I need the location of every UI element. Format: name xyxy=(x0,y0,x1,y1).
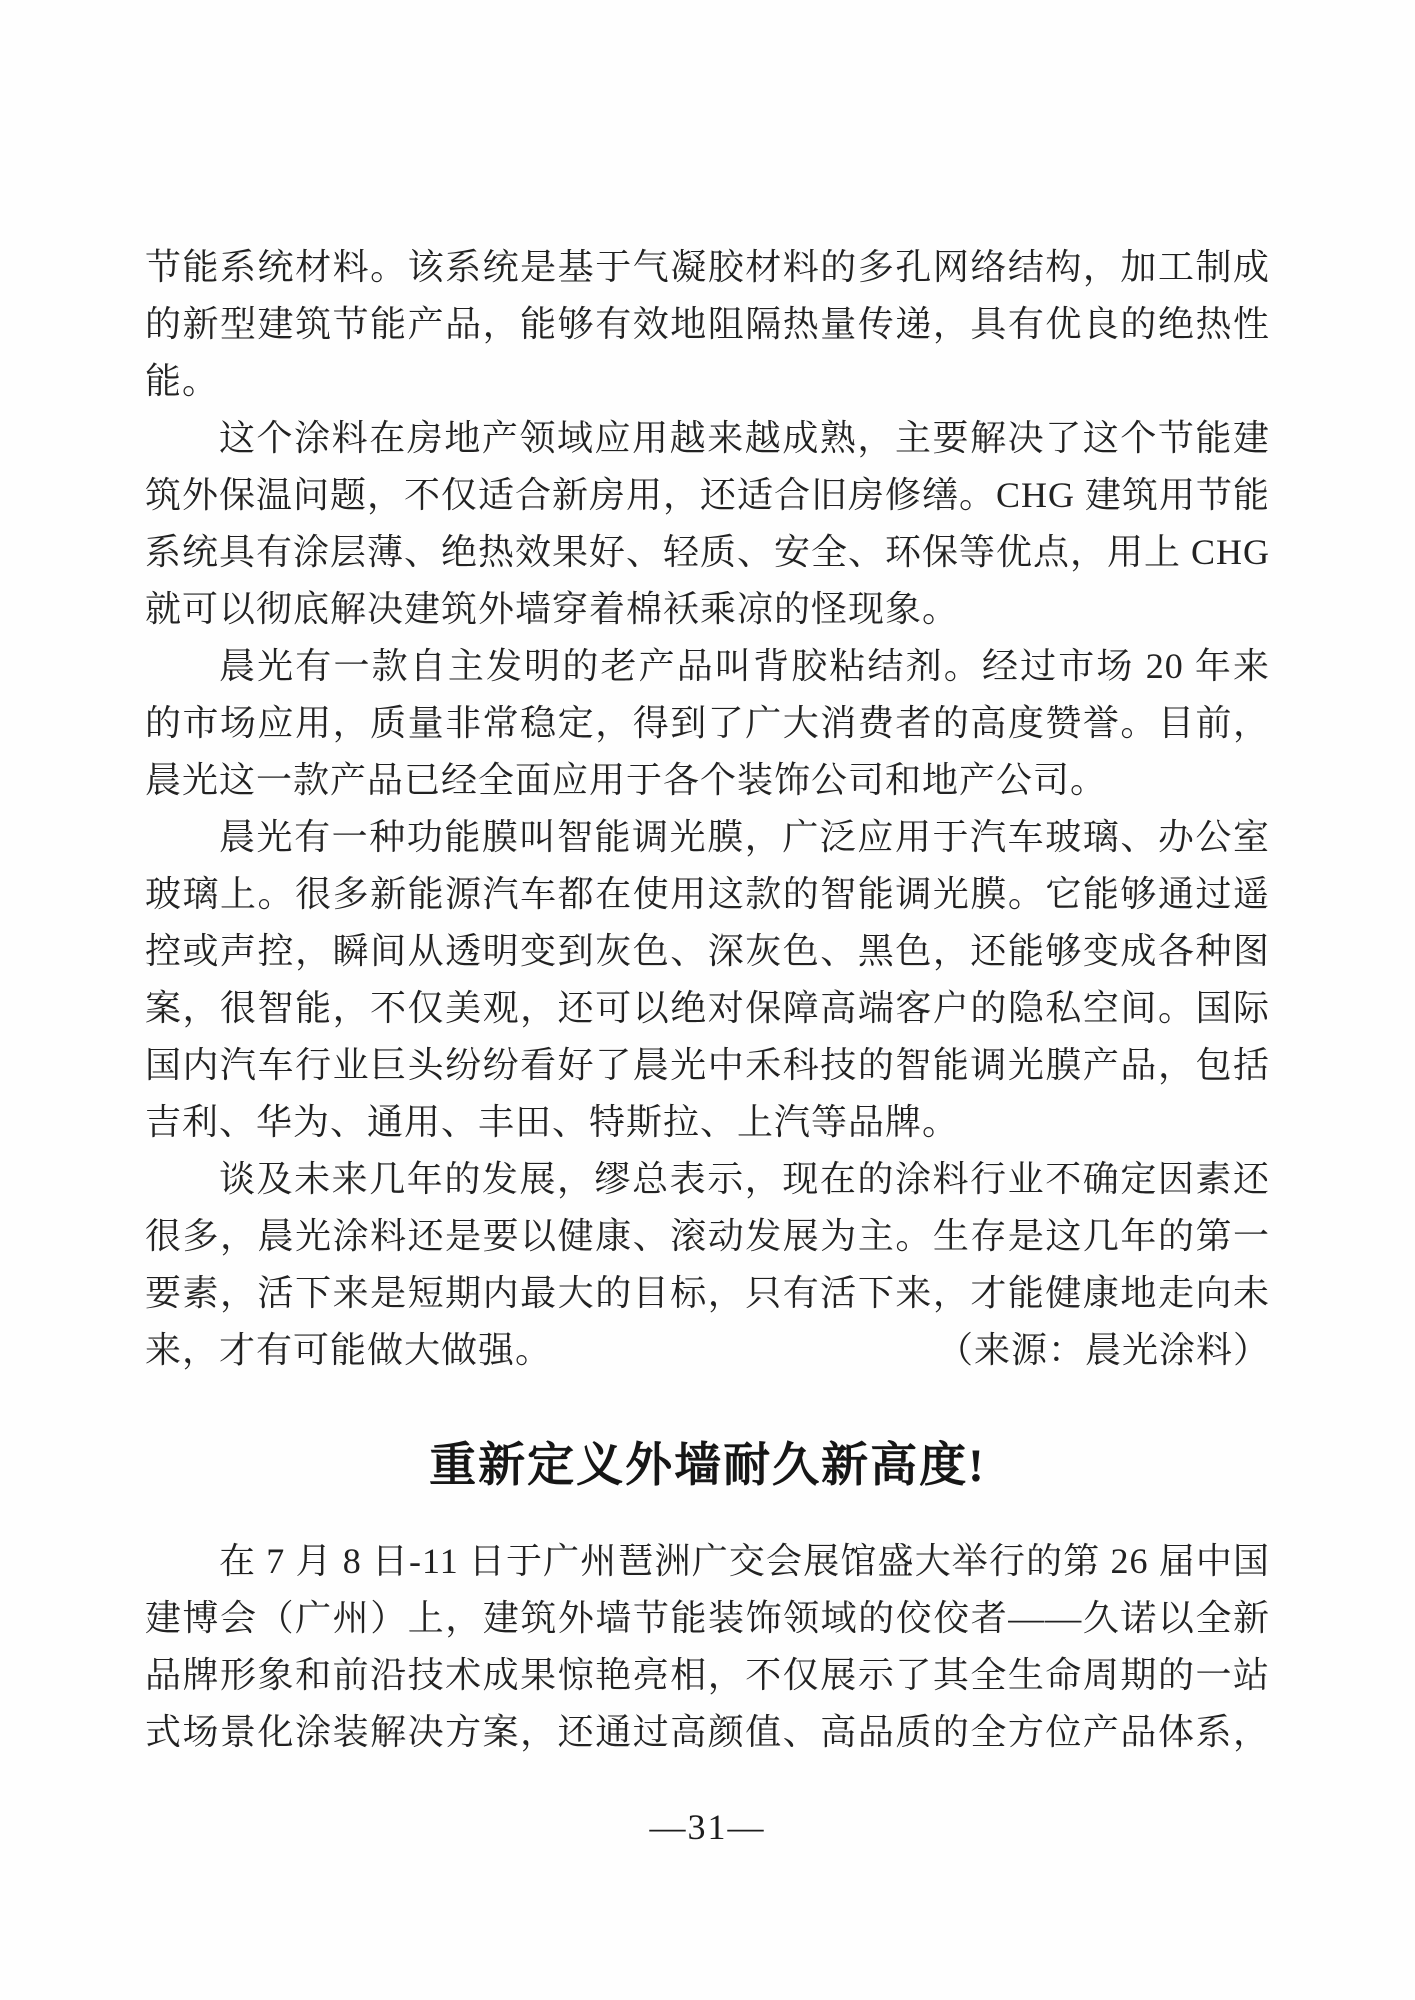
text-line: 要素，活下来是短期内最大的目标，只有活下来，才能健康地走向未 xyxy=(145,1265,1270,1322)
closing-line: 来，才有可能做大做强。 （来源：晨光涂料） xyxy=(145,1322,1270,1379)
article-continuation-lines: 节能系统材料。该系统是基于气凝胶材料的多孔网络结构，加工制成的新型建筑节能产品，… xyxy=(145,239,1270,1322)
text-line: 吉利、华为、通用、丰田、特斯拉、上汽等品牌。 xyxy=(145,1094,1270,1151)
text-line: 很多，晨光涂料还是要以健康、滚动发展为主。生存是这几年的第一 xyxy=(145,1208,1270,1265)
text-line: 筑外保温问题，不仅适合新房用，还适合旧房修缮。CHG 建筑用节能 xyxy=(145,467,1270,524)
article-heading: 重新定义外墙耐久新高度! xyxy=(145,1436,1270,1496)
text-line: 晨光有一款自主发明的老产品叫背胶粘结剂。经过市场 20 年来 xyxy=(145,638,1270,695)
text-line: 控或声控，瞬间从透明变到灰色、深灰色、黑色，还能够变成各种图 xyxy=(145,923,1270,980)
text-line: 的新型建筑节能产品，能够有效地阻隔热量传递，具有优良的绝热性 xyxy=(145,296,1270,353)
text-line: 建博会（广州）上，建筑外墙节能装饰领域的佼佼者——久诺以全新 xyxy=(145,1590,1270,1647)
text-line: 国内汽车行业巨头纷纷看好了晨光中禾科技的智能调光膜产品，包括 xyxy=(145,1037,1270,1094)
text-line: 这个涂料在房地产领域应用越来越成熟，主要解决了这个节能建 xyxy=(145,410,1270,467)
next-article-lines: 在 7 月 8 日-11 日于广州琶洲广交会展馆盛大举行的第 26 届中国建博会… xyxy=(145,1533,1270,1761)
text-line: 系统具有涂层薄、绝热效果好、轻质、安全、环保等优点，用上 CHG xyxy=(145,524,1270,581)
text-line: 在 7 月 8 日-11 日于广州琶洲广交会展馆盛大举行的第 26 届中国 xyxy=(145,1533,1270,1590)
page-number: —31— xyxy=(0,1806,1415,1848)
text-line: 晨光这一款产品已经全面应用于各个装饰公司和地产公司。 xyxy=(145,752,1270,809)
text-line: 能。 xyxy=(145,353,1270,410)
text-line: 品牌形象和前沿技术成果惊艳亮相，不仅展示了其全生命周期的一站 xyxy=(145,1647,1270,1704)
closing-line-text: 来，才有可能做大做强。 xyxy=(145,1322,552,1379)
text-line: 式场景化涂装解决方案，还通过高颜值、高品质的全方位产品体系， xyxy=(145,1704,1270,1761)
text-line: 谈及未来几年的发展，缪总表示，现在的涂料行业不确定因素还 xyxy=(145,1151,1270,1208)
text-line: 的市场应用，质量非常稳定，得到了广大消费者的高度赞誉。目前， xyxy=(145,695,1270,752)
text-line: 节能系统材料。该系统是基于气凝胶材料的多孔网络结构，加工制成 xyxy=(145,239,1270,296)
body-text: 节能系统材料。该系统是基于气凝胶材料的多孔网络结构，加工制成的新型建筑节能产品，… xyxy=(145,239,1270,1761)
source-attribution: （来源：晨光涂料） xyxy=(937,1322,1270,1379)
text-line: 案，很智能，不仅美观，还可以绝对保障高端客户的隐私空间。国际 xyxy=(145,980,1270,1037)
text-line: 晨光有一种功能膜叫智能调光膜，广泛应用于汽车玻璃、办公室 xyxy=(145,809,1270,866)
text-line: 就可以彻底解决建筑外墙穿着棉袄乘凉的怪现象。 xyxy=(145,581,1270,638)
text-line: 玻璃上。很多新能源汽车都在使用这款的智能调光膜。它能够通过遥 xyxy=(145,866,1270,923)
document-page: 节能系统材料。该系统是基于气凝胶材料的多孔网络结构，加工制成的新型建筑节能产品，… xyxy=(0,0,1415,2000)
